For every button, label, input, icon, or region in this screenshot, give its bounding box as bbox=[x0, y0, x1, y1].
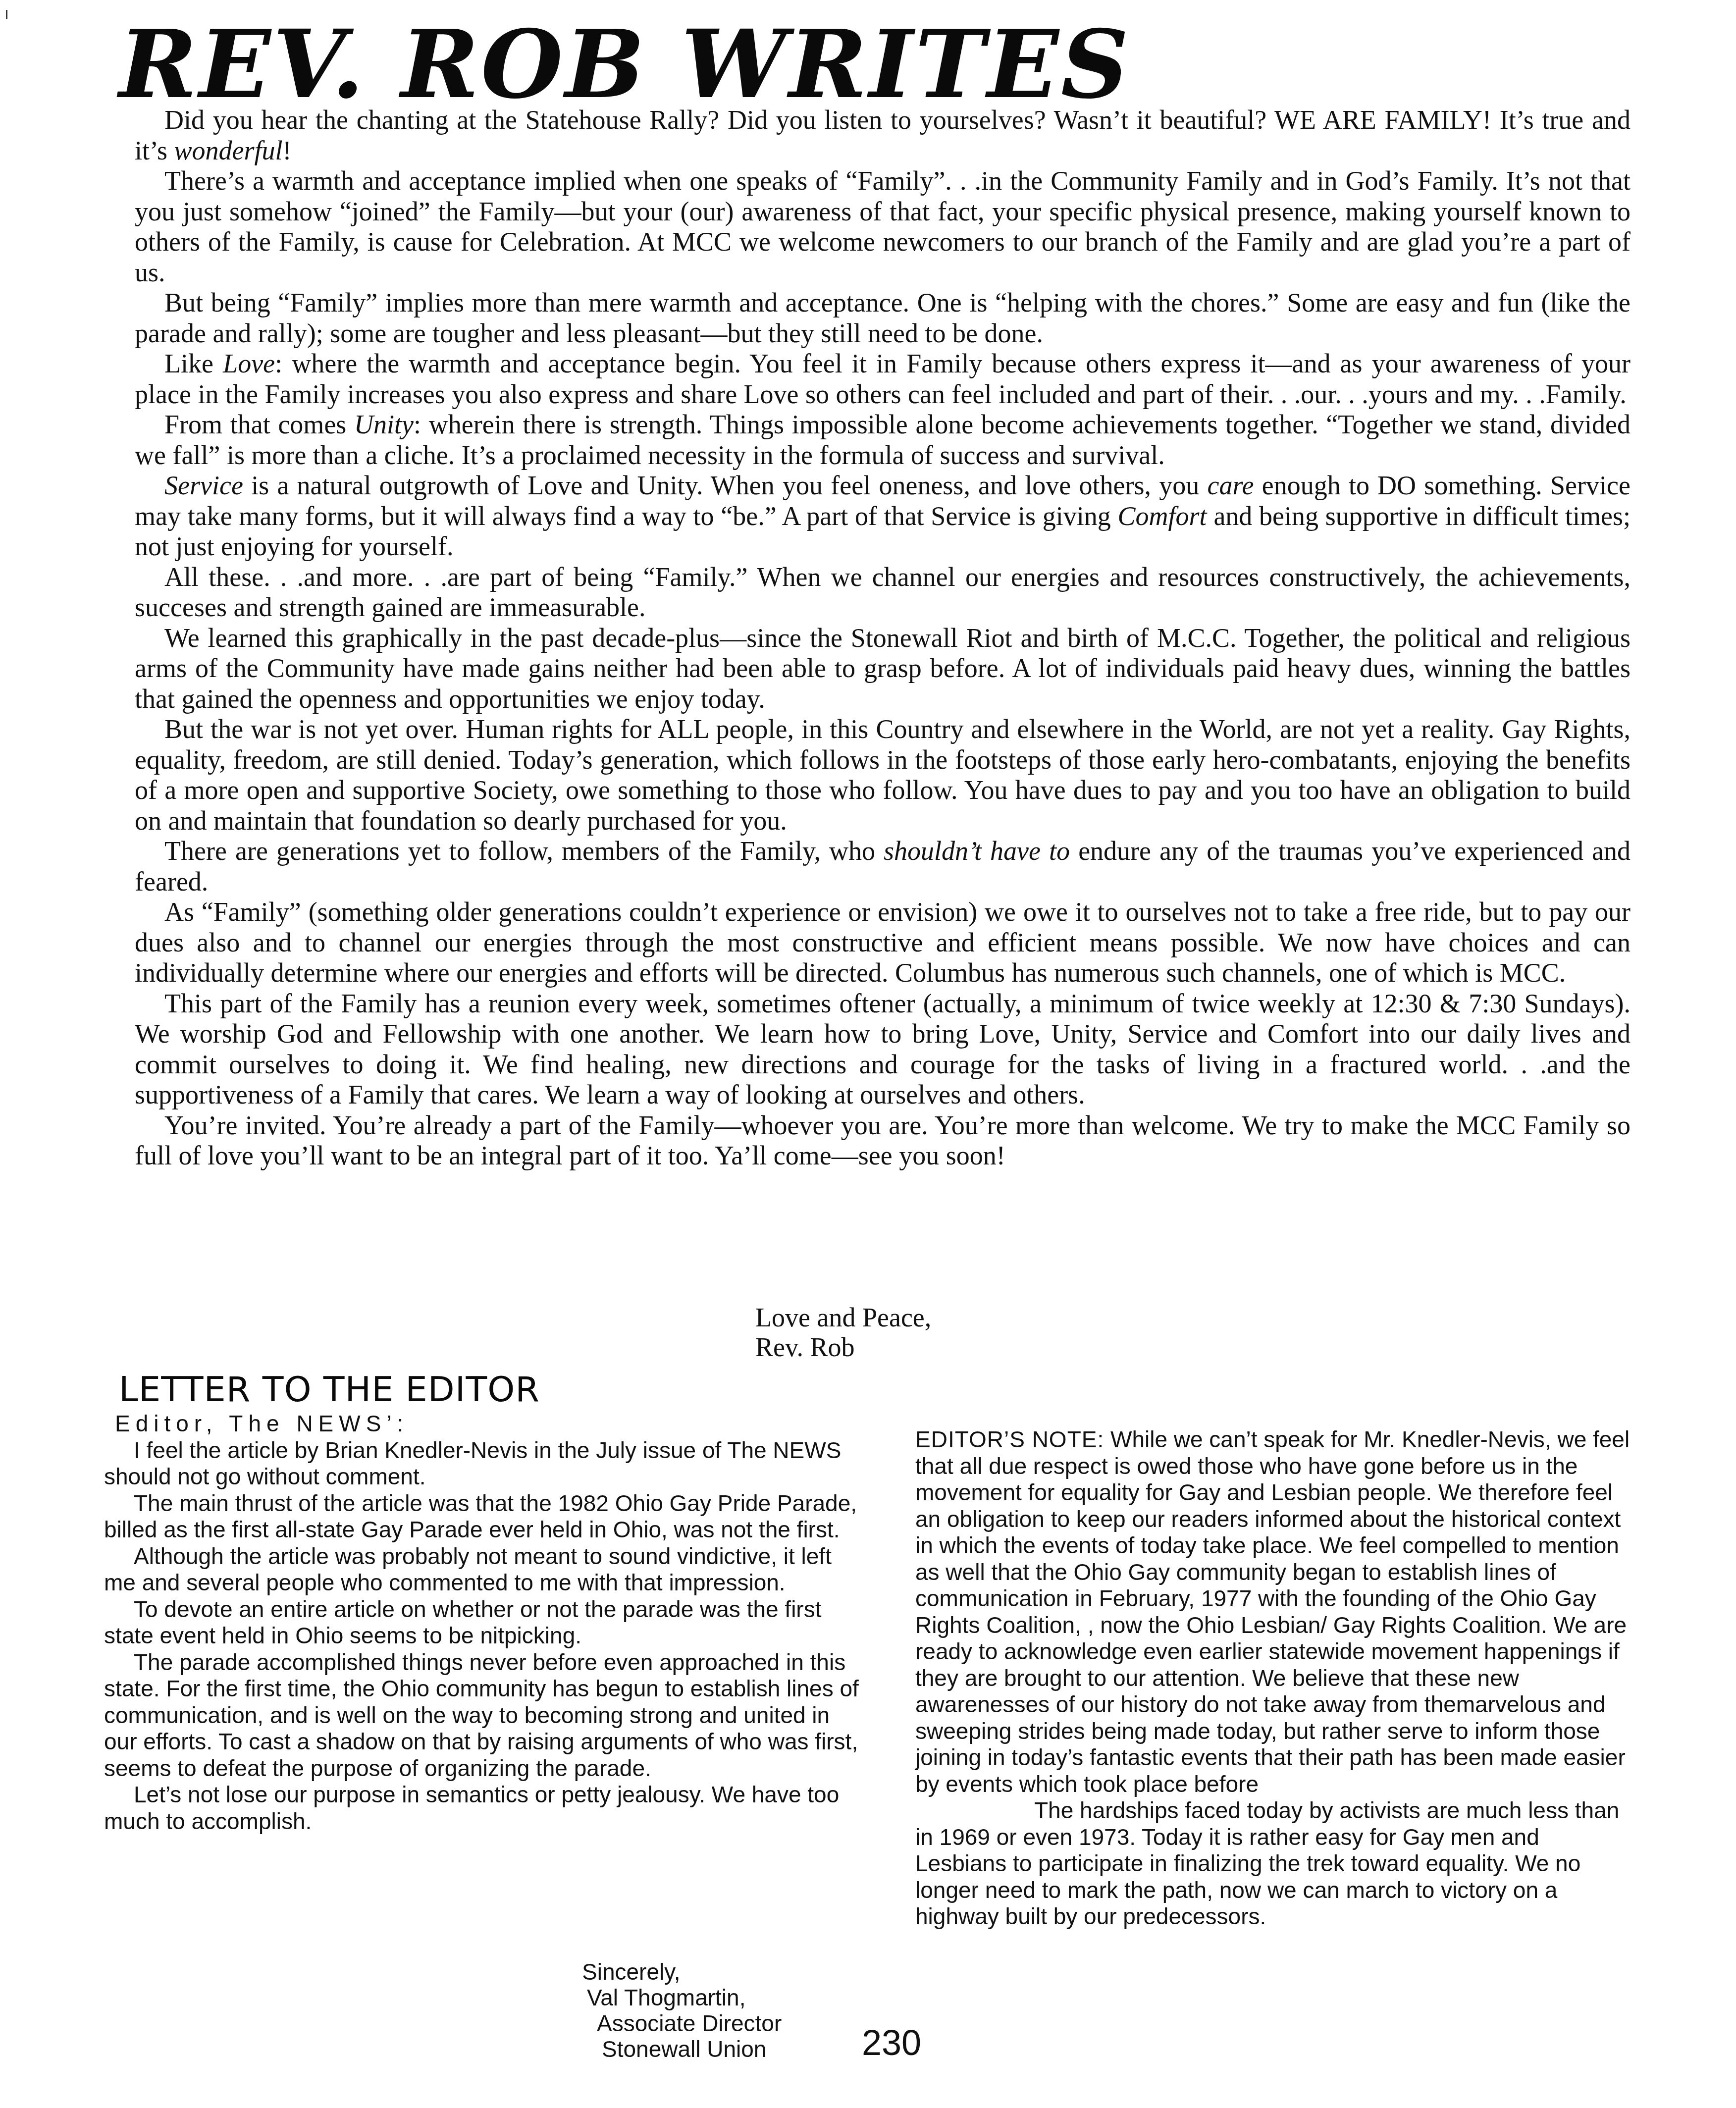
article-paragraph: We learned this graphically in the past … bbox=[135, 623, 1631, 715]
signoff-closing: Love and Peace, bbox=[755, 1303, 931, 1332]
letter-closing: Sincerely, Val Thogmartin, Associate Dir… bbox=[582, 1959, 782, 2062]
letter-paragraph: The parade accomplished things never bef… bbox=[104, 1649, 864, 1782]
newsletter-page: REV. ROB WRITES Did you hear the chantin… bbox=[0, 0, 1736, 2108]
article-paragraph: But the war is not yet over. Human right… bbox=[135, 714, 1631, 836]
article-paragraph: You’re invited. You’re already a part of… bbox=[135, 1110, 1631, 1171]
article-paragraph: From that comes Unity: wherein there is … bbox=[135, 410, 1631, 471]
page-number: 230 bbox=[862, 2023, 921, 2063]
letter-salutation: Editor, The NEWS’: bbox=[115, 1411, 864, 1437]
scan-artifact-mark bbox=[6, 10, 7, 19]
article-body: Did you hear the chanting at the Stateho… bbox=[135, 105, 1631, 1171]
article-paragraph: All these. . .and more. . .are part of b… bbox=[135, 562, 1631, 623]
letter-paragraph: Let’s not lose our purpose in semantics … bbox=[104, 1782, 864, 1835]
letter-heading: LETTER TO THE EDITOR bbox=[119, 1370, 540, 1409]
editors-note-text: While we can’t speak for Mr. Knedler-Nev… bbox=[915, 1426, 1630, 1797]
closing-title: Associate Director bbox=[597, 2010, 782, 2036]
closing-organization: Stonewall Union bbox=[602, 2036, 782, 2062]
article-paragraph: There are generations yet to follow, mem… bbox=[135, 836, 1631, 897]
signoff-author: Rev. Rob bbox=[755, 1332, 931, 1362]
emphasis: Unity bbox=[354, 410, 414, 439]
emphasis: Comfort bbox=[1118, 501, 1207, 531]
article-paragraph: Like Love: where the warmth and acceptan… bbox=[135, 349, 1631, 410]
article-paragraph: Did you hear the chanting at the Stateho… bbox=[135, 105, 1631, 166]
emphasis: Service bbox=[164, 471, 243, 500]
letter-paragraph: I feel the article by Brian Knedler-Nevi… bbox=[104, 1437, 864, 1490]
closing-sincerely: Sincerely, bbox=[582, 1959, 782, 1985]
editors-note-column: EDITOR’S NOTE: While we can’t speak for … bbox=[915, 1426, 1633, 1930]
editors-note-paragraph: The hardships faced today by activists a… bbox=[915, 1797, 1633, 1930]
letter-paragraph: The main thrust of the article was that … bbox=[104, 1490, 864, 1543]
closing-name: Val Thogmartin, bbox=[587, 1985, 782, 2010]
letter-paragraph: Although the article was probably not me… bbox=[104, 1543, 864, 1596]
article-paragraph: As “Family” (something older generations… bbox=[135, 897, 1631, 989]
article-signoff: Love and Peace, Rev. Rob bbox=[755, 1303, 931, 1362]
article-title: REV. ROB WRITES bbox=[119, 15, 1131, 114]
emphasis: Love bbox=[223, 349, 275, 378]
article-paragraph: There’s a warmth and acceptance implied … bbox=[135, 166, 1631, 288]
article-paragraph: Service is a natural outgrowth of Love a… bbox=[135, 471, 1631, 562]
emphasis: care bbox=[1207, 471, 1254, 500]
letter-paragraph: To devote an entire article on whether o… bbox=[104, 1596, 864, 1649]
editors-note-label: EDITOR’S NOTE: bbox=[915, 1426, 1104, 1452]
emphasis: wonderful bbox=[174, 136, 283, 165]
article-paragraph: But being “Family” implies more than mer… bbox=[135, 288, 1631, 349]
letter-column: Editor, The NEWS’: I feel the article by… bbox=[104, 1411, 864, 1835]
emphasis: shouldn’t have to bbox=[884, 836, 1070, 866]
editors-note-paragraph: EDITOR’S NOTE: While we can’t speak for … bbox=[915, 1426, 1633, 1797]
article-paragraph: This part of the Family has a reunion ev… bbox=[135, 989, 1631, 1110]
